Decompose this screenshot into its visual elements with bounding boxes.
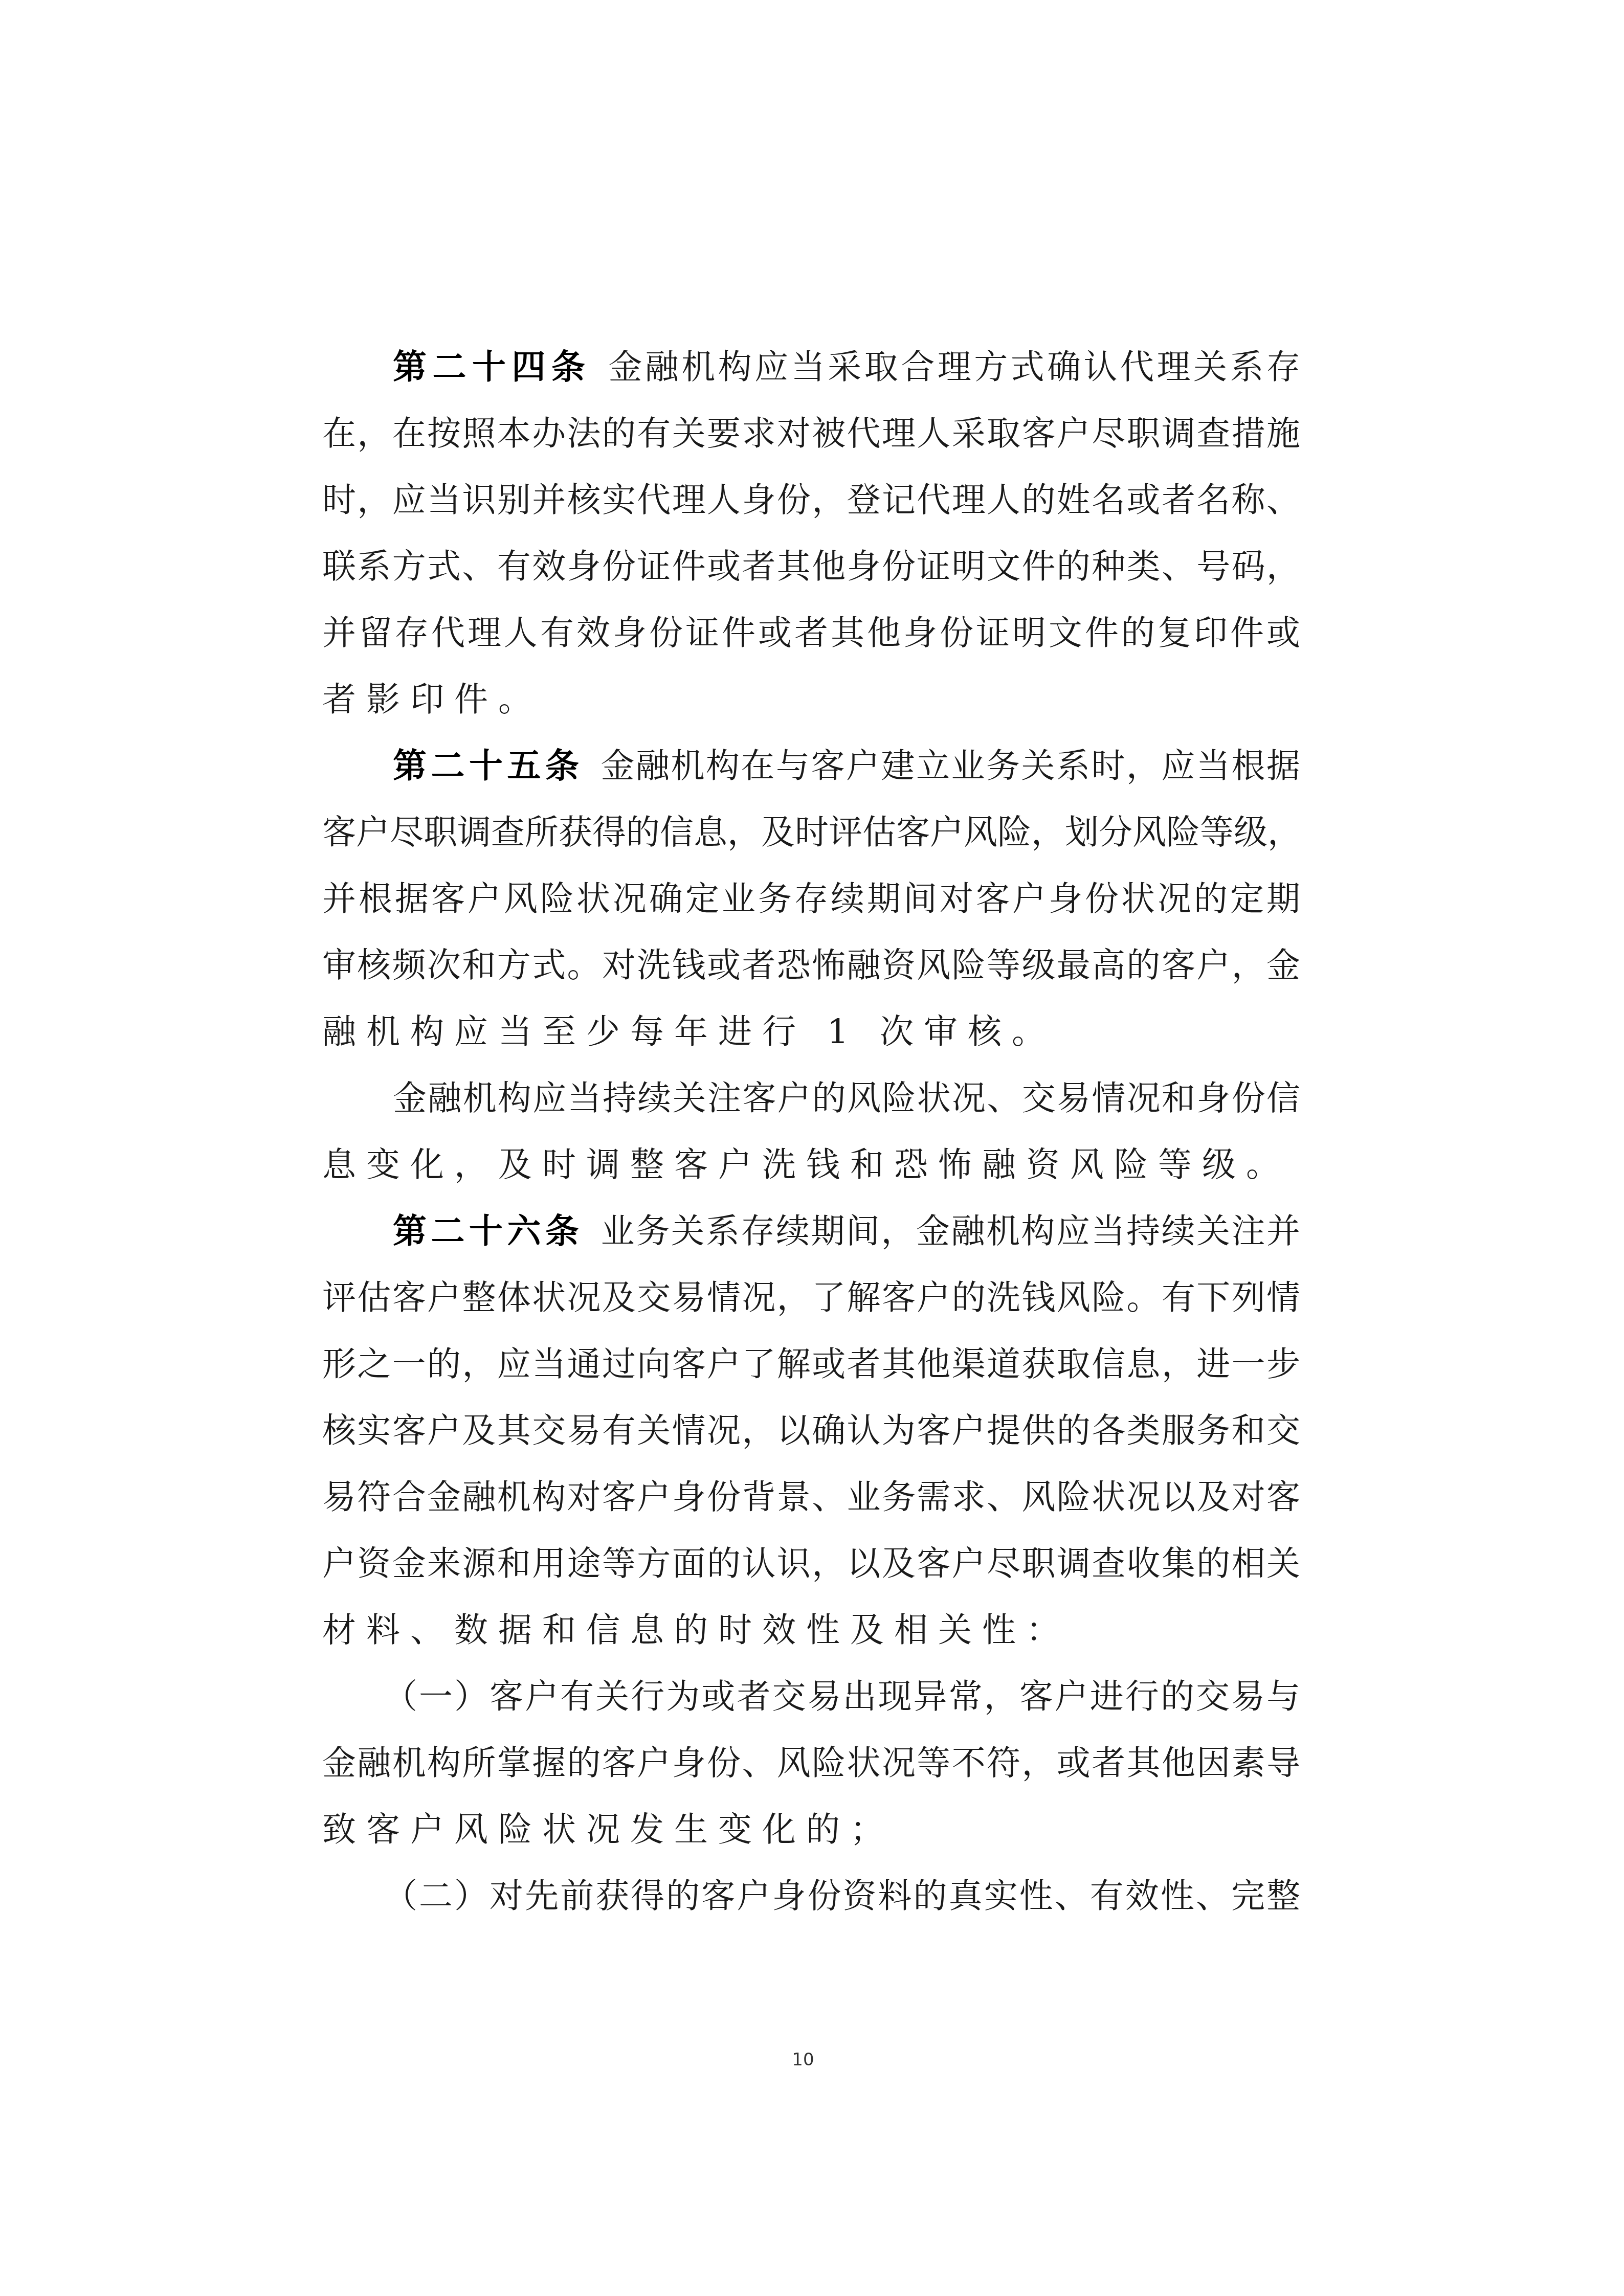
article-26-item-1-line-1: （一）客户有关行为或者交易出现异常，客户进行的交易与 <box>322 1671 1300 1738</box>
article-25-text: 金融机构在与客户建立业务关系时，应当根据 <box>601 746 1301 785</box>
article-24-line-5: 并留存代理人有效身份证件或者其他身份证明文件的复印件或 <box>322 607 1300 674</box>
article-26-item-1-line-2: 金融机构所掌握的客户身份、风险状况等不符，或者其他因素导 <box>322 1738 1300 1804</box>
article-25-line-3: 并根据客户风险状况确定业务存续期间对客户身份状况的定期 <box>322 873 1300 940</box>
article-25-line-1: 第二十五条金融机构在与客户建立业务关系时，应当根据 <box>322 740 1300 807</box>
page-number: 10 <box>788 2050 818 2070</box>
article-26-line-2: 评估客户整体状况及交易情况，了解客户的洗钱风险。有下列情 <box>322 1272 1300 1339</box>
article-24-text: 金融机构应当采取合理方式确认代理关系存 <box>608 347 1300 387</box>
article-26-line-7: 材料、数据和信息的时效性及相关性： <box>322 1605 1300 1671</box>
article-26-item-2-line-1: （二）对先前获得的客户身份资料的真实性、有效性、完整 <box>322 1871 1300 1937</box>
article-25-heading: 第二十五条 <box>393 746 584 785</box>
article-26-line-3: 形之一的，应当通过向客户了解或者其他渠道获取信息，进一步 <box>322 1339 1300 1405</box>
article-26-line-1: 第二十六条业务关系存续期间，金融机构应当持续关注并 <box>322 1206 1300 1272</box>
article-24-heading: 第二十四条 <box>393 347 591 387</box>
article-25-line-2: 客户尽职调查所获得的信息，及时评估客户风险，划分风险等级， <box>322 807 1300 873</box>
article-25-line-5: 融机构应当至少每年进行 1 次审核。 <box>322 1006 1300 1073</box>
document-body: 第二十四条金融机构应当采取合理方式确认代理关系存 在，在按照本办法的有关要求对被… <box>322 342 1300 1937</box>
article-26-text: 业务关系存续期间，金融机构应当持续关注并 <box>601 1211 1301 1251</box>
article-24-line-6: 者影印件。 <box>322 674 1300 740</box>
article-25-line-4: 审核频次和方式。对洗钱或者恐怖融资风险等级最高的客户，金 <box>322 940 1300 1006</box>
document-page: 第二十四条金融机构应当采取合理方式确认代理关系存 在，在按照本办法的有关要求对被… <box>0 0 1624 2296</box>
article-25-para2-line-1: 金融机构应当持续关注客户的风险状况、交易情况和身份信 <box>322 1073 1300 1139</box>
article-24-line-4: 联系方式、有效身份证件或者其他身份证明文件的种类、号码， <box>322 541 1300 607</box>
article-26-heading: 第二十六条 <box>393 1211 584 1251</box>
article-24-line-2: 在，在按照本办法的有关要求对被代理人采取客户尽职调查措施 <box>322 408 1300 475</box>
article-26-line-4: 核实客户及其交易有关情况，以确认为客户提供的各类服务和交 <box>322 1405 1300 1472</box>
article-26-line-6: 户资金来源和用途等方面的认识，以及客户尽职调查收集的相关 <box>322 1538 1300 1605</box>
article-25-para2-line-2: 息变化，及时调整客户洗钱和恐怖融资风险等级。 <box>322 1139 1300 1206</box>
article-24-line-3: 时，应当识别并核实代理人身份，登记代理人的姓名或者名称、 <box>322 475 1300 541</box>
article-26-item-1-line-3: 致客户风险状况发生变化的； <box>322 1804 1300 1871</box>
article-26-line-5: 易符合金融机构对客户身份背景、业务需求、风险状况以及对客 <box>322 1472 1300 1538</box>
article-24-line-1: 第二十四条金融机构应当采取合理方式确认代理关系存 <box>322 342 1300 408</box>
